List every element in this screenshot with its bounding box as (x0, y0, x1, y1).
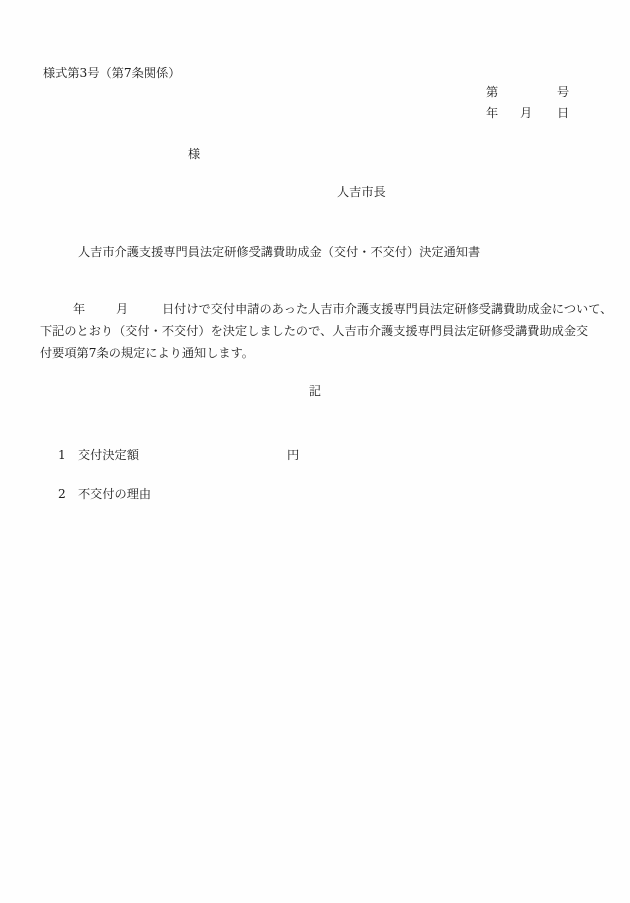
item-2-number: 2 (58, 487, 66, 501)
item-2-label: 不交付の理由 (78, 487, 151, 501)
body-line-1-text: 日付けで交付申請のあった人吉市介護支援専門員法定研修受講費助成金について、 (162, 302, 612, 316)
record-marker: 記 (0, 384, 630, 398)
date-month-label: 月 (520, 106, 532, 120)
body-line-3-text: 付要項第7条の規定により通知します。 (40, 346, 254, 360)
body-month-label: 月 (116, 302, 128, 316)
sender-title: 人吉市長 (337, 185, 386, 199)
item-1-label: 交付決定額 (78, 448, 139, 462)
doc-number-suffix-label: 号 (557, 85, 569, 99)
form-label: 様式第3号（第7条関係） (43, 66, 180, 80)
document-title: 人吉市介護支援専門員法定研修受講費助成金（交付・不交付）決定通知書 (78, 245, 480, 259)
body-line-2-text: 下記のとおり（交付・不交付）を決定しましたので、人吉市介護支援専門員法定研修受講… (40, 324, 588, 338)
document-page: 様式第3号（第7条関係） 第 号 年 月 日 様 人吉市長 人吉市介護支援専門員… (0, 0, 630, 903)
item-1-number: 1 (58, 448, 66, 462)
date-day-label: 日 (557, 106, 569, 120)
item-1-currency-unit: 円 (287, 448, 299, 462)
body-year-label: 年 (73, 302, 85, 316)
date-year-label: 年 (486, 106, 498, 120)
doc-number-prefix-label: 第 (486, 85, 498, 99)
addressee-honorific: 様 (188, 147, 200, 161)
